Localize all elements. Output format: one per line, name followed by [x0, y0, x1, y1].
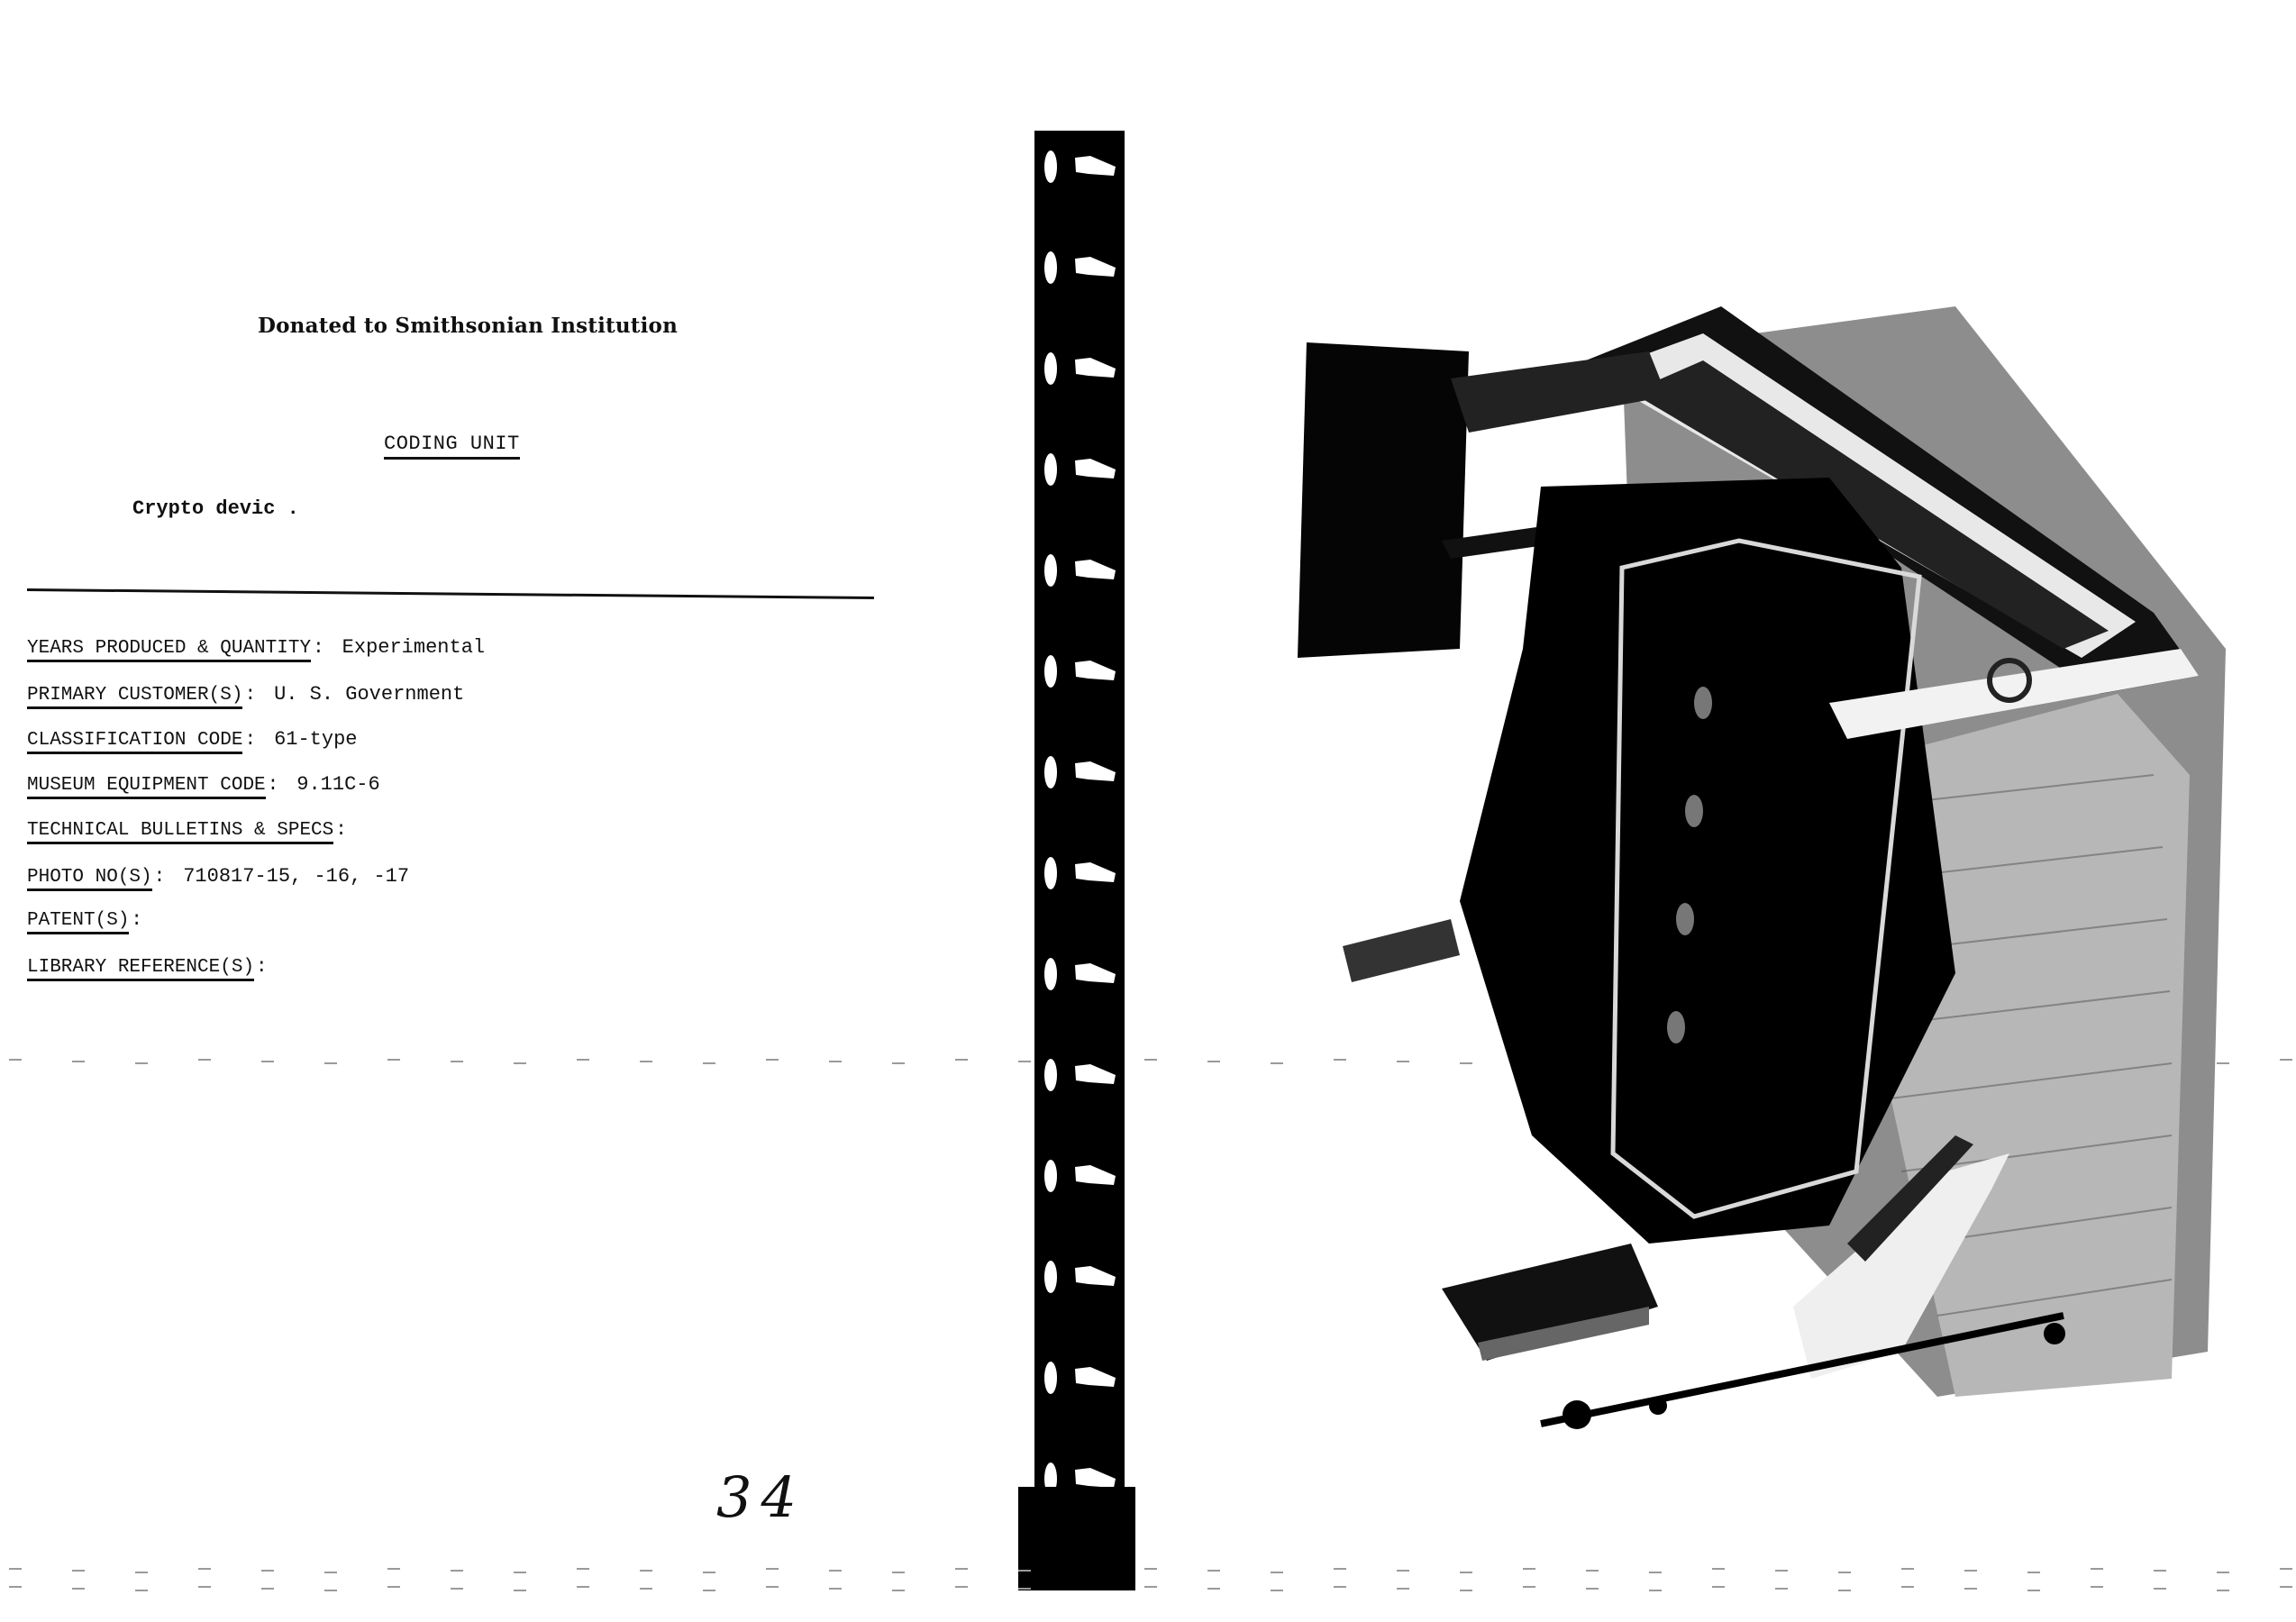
- field-classification-code: CLASSIFICATION CODE:61-type: [27, 728, 357, 751]
- field-years-produced: YEARS PRODUCED & QUANTITY:Experimental: [27, 636, 485, 659]
- divider-rule: [27, 588, 874, 599]
- field-photo-numbers: PHOTO NO(S):710817-15, -16, -17: [27, 865, 409, 888]
- film-strip-icon: [1034, 131, 1125, 1590]
- device-description: Crypto devic .: [132, 497, 299, 520]
- field-label: LIBRARY REFERENCE(S): [27, 957, 254, 981]
- field-library-references: LIBRARY REFERENCE(S):: [27, 955, 286, 978]
- field-value: Experimental: [342, 636, 485, 659]
- field-primary-customer: PRIMARY CUSTOMER(S):U. S. Government: [27, 683, 464, 706]
- field-value: 9.11C-6: [296, 773, 379, 796]
- film-strip-end: [1018, 1487, 1135, 1590]
- field-label: PATENT(S): [27, 910, 129, 934]
- field-label: PRIMARY CUSTOMER(S): [27, 685, 242, 709]
- field-label: PHOTO NO(S): [27, 867, 152, 891]
- coding-unit-machine-photo: [1271, 270, 2253, 1433]
- field-label: CLASSIFICATION CODE: [27, 730, 242, 754]
- field-value: 61-type: [274, 728, 357, 751]
- field-label: YEARS PRODUCED & QUANTITY: [27, 638, 311, 662]
- field-museum-equipment-code: MUSEUM EQUIPMENT CODE:9.11C-6: [27, 773, 380, 796]
- document-title: CODING UNIT: [384, 433, 520, 460]
- field-label: MUSEUM EQUIPMENT CODE: [27, 775, 266, 799]
- field-value: U. S. Government: [274, 683, 464, 706]
- field-value: 710817-15, -16, -17: [183, 865, 409, 888]
- field-patents: PATENT(S):: [27, 908, 160, 931]
- handwritten-page-number: 34: [716, 1464, 806, 1530]
- donation-note: Donated to Smithsonian Institution: [258, 314, 678, 338]
- field-label: TECHNICAL BULLETINS & SPECS: [27, 820, 333, 844]
- field-technical-bulletins: TECHNICAL BULLETINS & SPECS:: [27, 818, 365, 841]
